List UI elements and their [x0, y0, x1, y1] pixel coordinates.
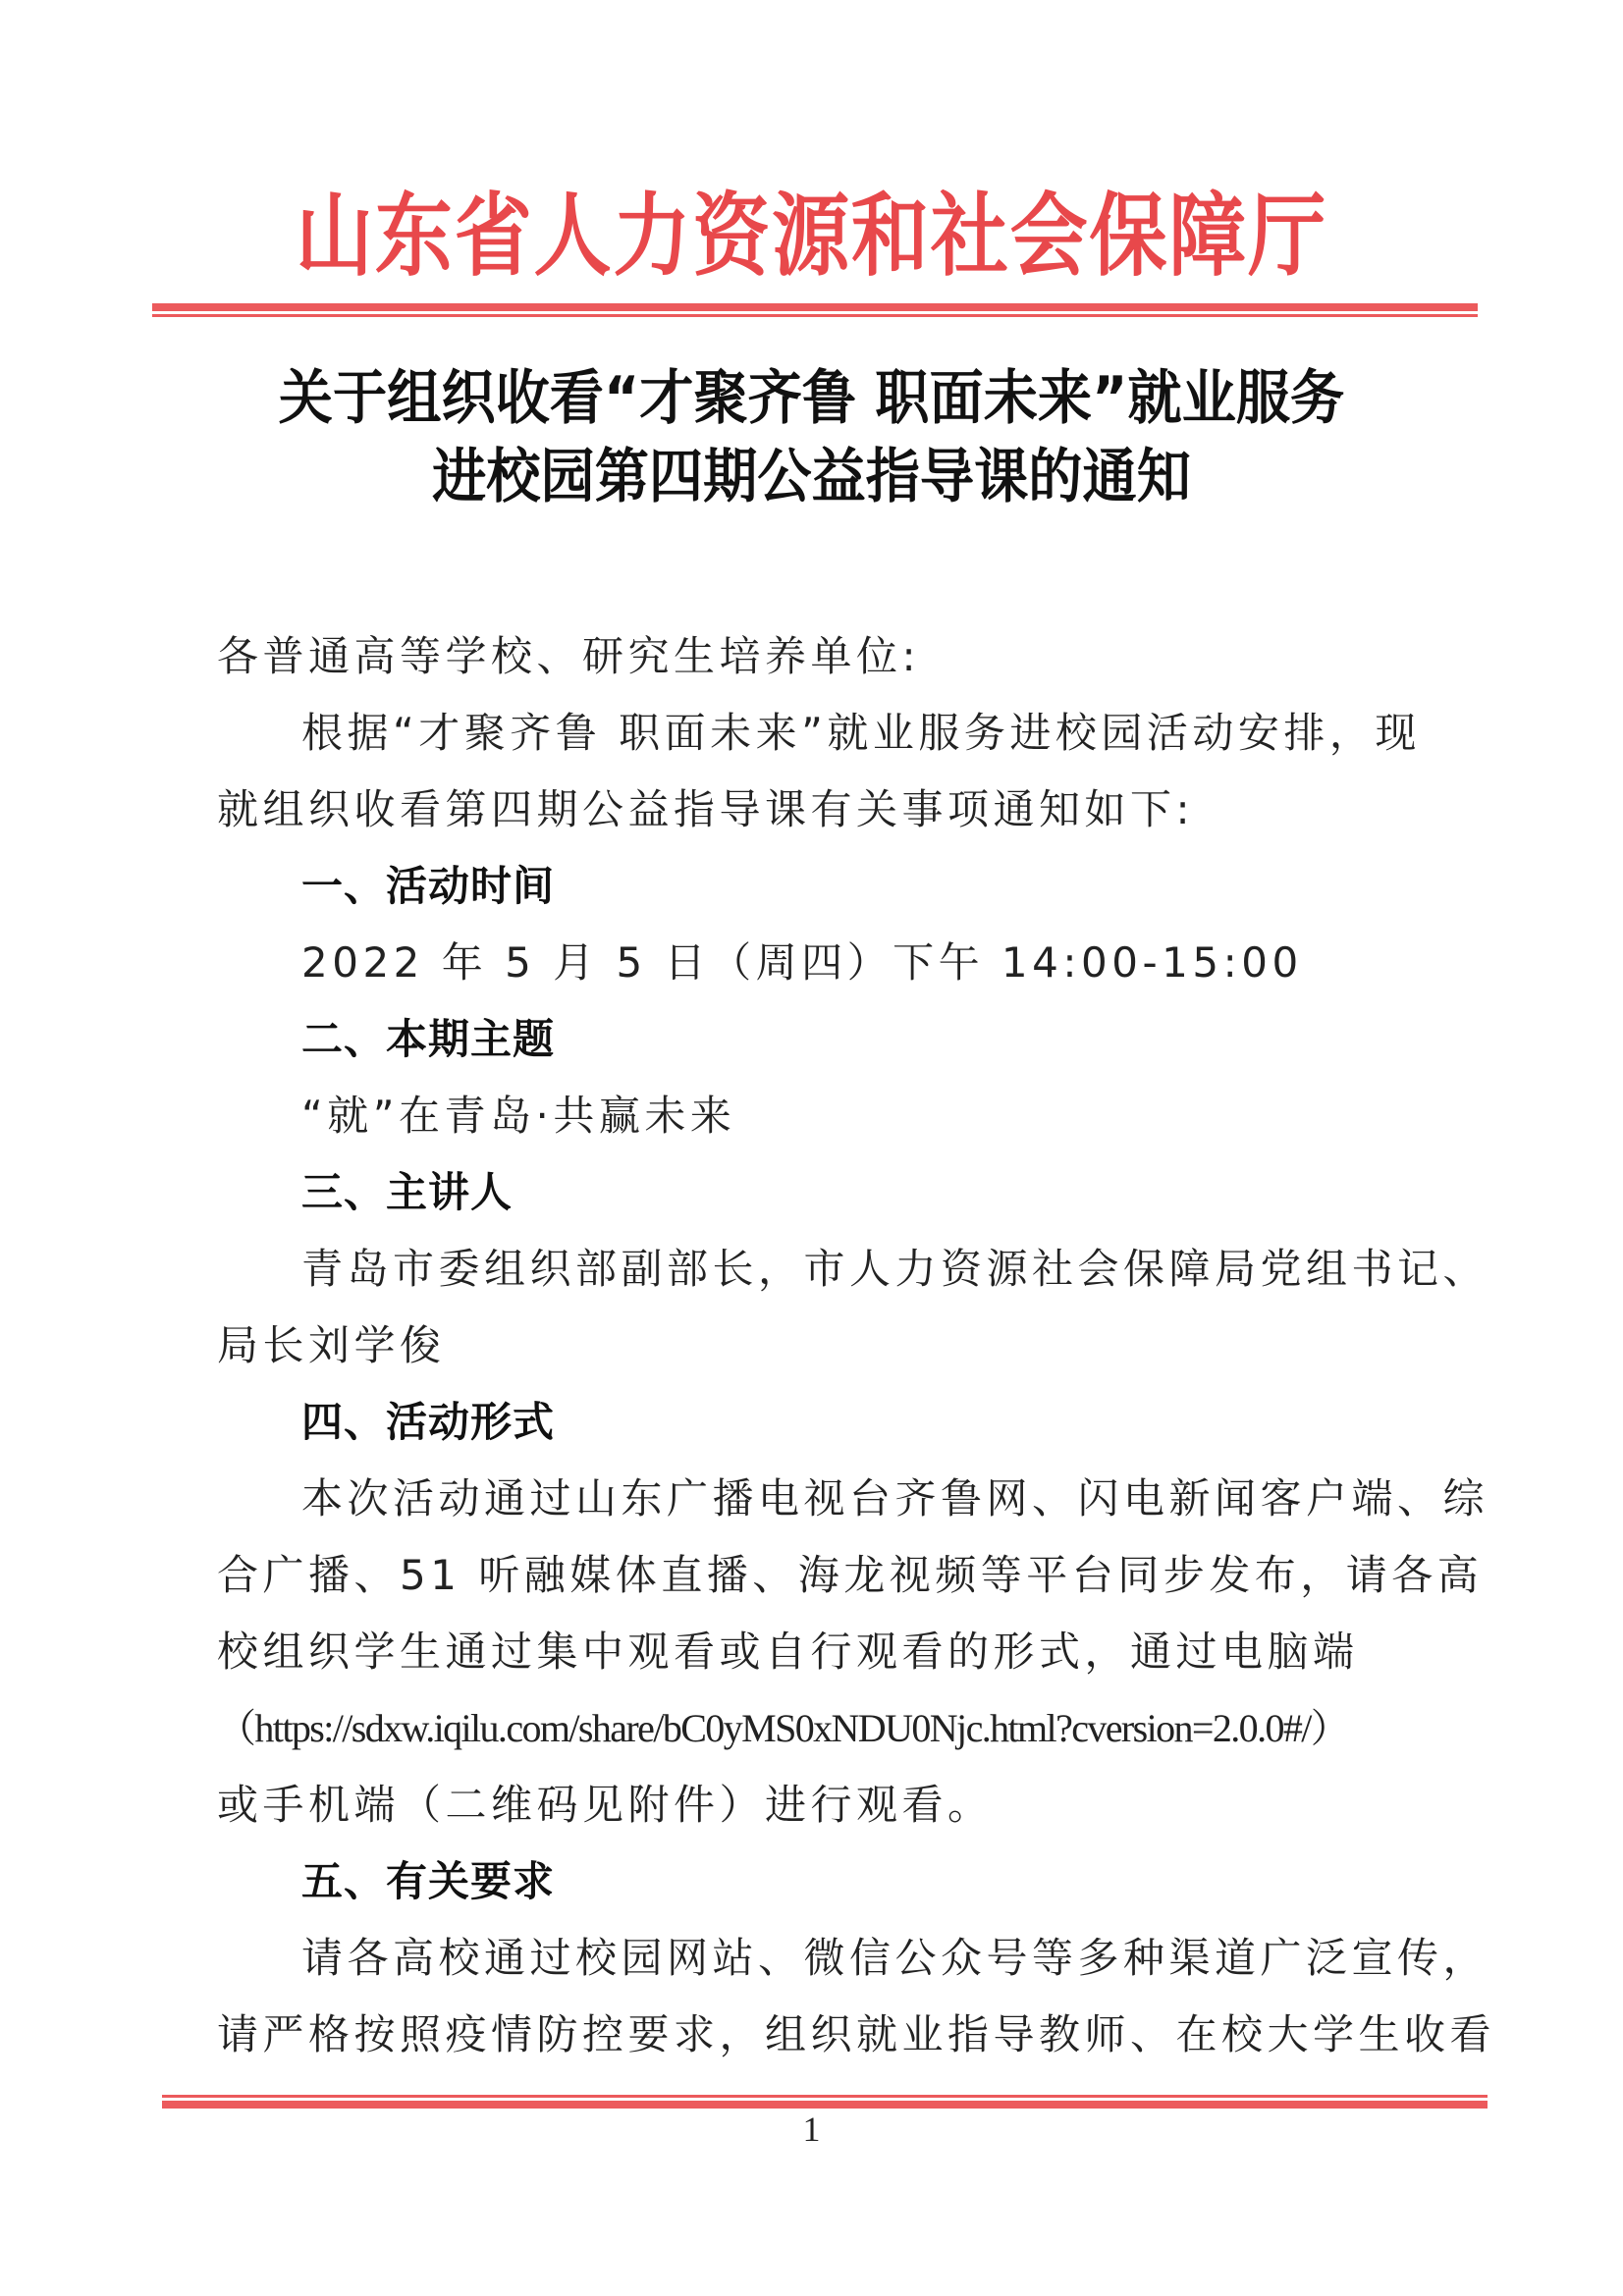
section-format-line-3: 校组织学生通过集中观看或自行观看的形式，通过电脑端: [217, 1614, 1434, 1690]
section-heading-format: 四、活动形式: [217, 1384, 1434, 1461]
section-heading-time: 一、活动时间: [217, 848, 1434, 925]
document-title-line-2: 进校园第四期公益指导课的通知: [65, 438, 1558, 516]
section-format-line-2: 合广播、51 听融媒体直播、海龙视频等平台同步发布，请各高: [217, 1537, 1434, 1614]
section-requirements-line-2: 请严格按照疫情防控要求，组织就业指导教师、在校大学生收看: [217, 1997, 1434, 2073]
section-requirements-line-1: 请各高校通过校园网站、微信公众号等多种渠道广泛宣传，: [217, 1920, 1434, 1997]
footer-red-rule: [162, 2095, 1488, 2109]
section-heading-theme: 二、本期主题: [217, 1001, 1434, 1078]
document-title-line-1: 关于组织收看“才聚齐鲁 职面未来”就业服务: [65, 359, 1558, 438]
section-format-line-1: 本次活动通过山东广播电视台齐鲁网、闪电新闻客户端、综: [217, 1461, 1434, 1537]
page-number: 1: [0, 2109, 1623, 2150]
section-speaker-line-2: 局长刘学俊: [217, 1308, 1434, 1384]
section-heading-speaker: 三、主讲人: [217, 1154, 1434, 1231]
intro-line-1: 根据“才聚齐鲁 职面未来”就业服务进校园活动安排，现: [217, 695, 1434, 772]
section-theme-text: “就”在青岛·共赢未来: [217, 1078, 1434, 1154]
salutation: 各普通高等学校、研究生培养单位:: [217, 618, 1434, 695]
section-heading-requirements: 五、有关要求: [217, 1843, 1434, 1920]
livestream-url-link[interactable]: （https://sdxw.iqilu.com/share/bC0yMS0xND…: [217, 1690, 1434, 1767]
section-speaker-line-1: 青岛市委组织部副部长，市人力资源社会保障局党组书记、: [217, 1231, 1434, 1308]
section-format-line-5: 或手机端（二维码见附件）进行观看。: [217, 1767, 1434, 1843]
section-time-text: 2022 年 5 月 5 日（周四）下午 14:00-15:00: [217, 925, 1434, 1001]
header-red-rule: [152, 303, 1478, 317]
document-body: 各普通高等学校、研究生培养单位: 根据“才聚齐鲁 职面未来”就业服务进校园活动安…: [217, 618, 1434, 2073]
organization-header: 山东省人力资源和社会保障厅: [114, 187, 1510, 285]
intro-line-2: 就组织收看第四期公益指导课有关事项通知如下:: [217, 772, 1434, 848]
